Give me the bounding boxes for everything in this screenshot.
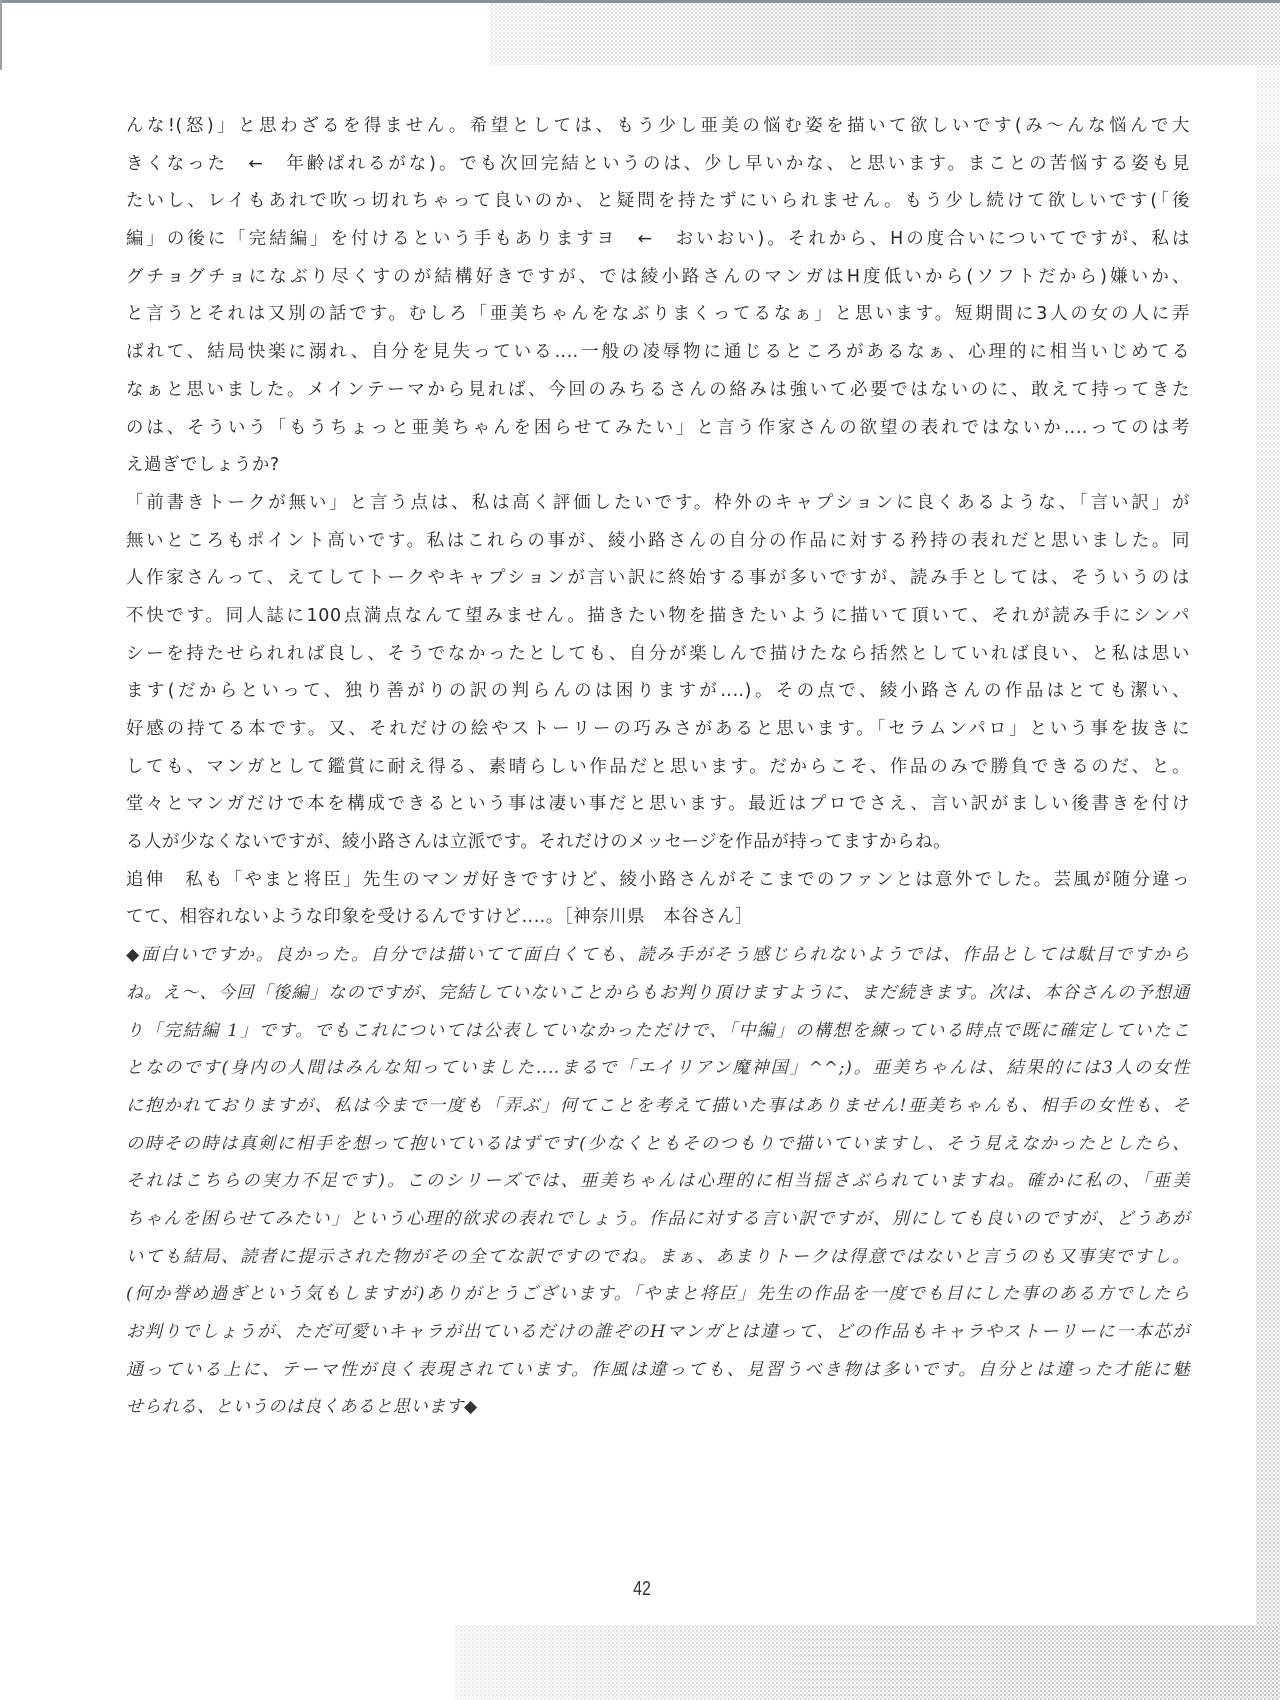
letter-line: 好感の持てる本です。又、それだけの絵やストーリーの巧みさがあると思います。「セラ… bbox=[126, 711, 1190, 749]
reply-line: せられる、というのは良くあると思います◆ bbox=[126, 1389, 1190, 1427]
letter-line: なぁと思いました。メインテーマから見れば、今回のみちるさんの絡みは強いて必要では… bbox=[126, 372, 1190, 410]
reply-line: (何か誉め過ぎという気もしますが)ありがとうございます。「やまと将臣」先生の作品… bbox=[126, 1276, 1190, 1314]
screentone-top-decoration bbox=[490, 3, 1280, 65]
letter-line: グチョグチョになぶり尽くすのが結構好きですが、では綾小路さんのマンガはH度低いか… bbox=[126, 259, 1190, 297]
letter-line: 追伸 私も「やまと将臣」先生のマンガ好きですけど、綾小路さんがそこまでのファンと… bbox=[126, 862, 1190, 900]
letter-line: ばれて、結局快楽に溺れ、自分を見失っている‥‥一般の凌辱物に通じるところがあるな… bbox=[126, 334, 1190, 372]
letter-line: のは、そういう「もうちょっと亜美ちゃんを困らせてみたい」と言う作家さんの欲望の表… bbox=[126, 410, 1190, 448]
reply-line: ね。え～、今回「後編」なのですが、完結していないことからもお判り頂けますように、… bbox=[126, 975, 1190, 1013]
reader-letter: んな!(怒)」と思わざるを得ません。希望としては、もう少し亜美の悩む姿を描いて欲… bbox=[126, 108, 1190, 937]
letter-line: る人が少なくないですが、綾小路さんは立派です。それだけのメッセージを作品が持って… bbox=[126, 824, 1190, 862]
reply-line: の時その時は真剣に相手を想って抱いているはずです(少なくともそのつもりで描いてい… bbox=[126, 1126, 1190, 1164]
letter-line: 「前書きトークが無い」と言う点は、私は高く評価したいです。枠外のキャプションに良… bbox=[126, 485, 1190, 523]
letter-line: 不快です。同人誌に100点満点なんて望みません。描きたい物を描きたいように描いて… bbox=[126, 598, 1190, 636]
reply-line: それはこちらの実力不足です)。このシリーズでは、亜美ちゃんは心理的に相当揺さぶら… bbox=[126, 1163, 1190, 1201]
screentone-right-decoration bbox=[1256, 65, 1280, 1625]
letter-line: 編」の後に「完結編」を付けるという手もありますヨ ← おいおい)。それから、Hの… bbox=[126, 221, 1190, 259]
letter-line: しても、マンガとして鑑賞に耐え得る、素晴らしい作品だと思います。だからこそ、作品… bbox=[126, 749, 1190, 787]
letter-line: 無いところもポイント高いです。私はこれらの事が、綾小路さんの自分の作品に対する矜… bbox=[126, 523, 1190, 561]
reply-line: いても結局、読者に提示された物がその全てな訳ですのでね。まぁ、あまりトークは得意… bbox=[126, 1239, 1190, 1277]
letter-line: と言うとそれは又別の話です。むしろ「亜美ちゃんをなぶりまくってるなぁ」と思います… bbox=[126, 296, 1190, 334]
page-number: 42 bbox=[626, 1578, 658, 1601]
letter-signature-line: てて、相容れないような印象を受けるんですけど‥‥。［神奈川県 本谷さん］ bbox=[126, 899, 1190, 937]
reply-line: ◆面白いですか。良かった。自分では描いてて面白くても、読み手がそう感じられないよ… bbox=[126, 937, 1190, 975]
reply-line: となのです(身内の人間はみんな知っていました‥‥まるで「エイリアン魔神国」^^;… bbox=[126, 1050, 1190, 1088]
screentone-bottom-decoration bbox=[455, 1625, 1280, 1700]
reply-line: 通っている上に、テーマ性が良く表現されています。作風は違っても、見習うべき物は多… bbox=[126, 1352, 1190, 1390]
reply-line: に抱かれておりますが、私は今まで一度も「弄ぶ」何てことを考えて描いた事はありませ… bbox=[126, 1088, 1190, 1126]
page-left-edge bbox=[0, 0, 2, 70]
letter-line: え過ぎでしょうか? bbox=[126, 447, 1190, 485]
letter-line: きくなった ← 年齢ばれるがな)。でも次回完結というのは、少し早いかな、と思いま… bbox=[126, 146, 1190, 184]
letter-line: んな!(怒)」と思わざるを得ません。希望としては、もう少し亜美の悩む姿を描いて欲… bbox=[126, 108, 1190, 146]
letter-line: シーを持たせられれば良し、そうでなかったとしても、自分が楽しんで描けたなら括然と… bbox=[126, 636, 1190, 674]
letter-line: たいし、レイもあれで吹っ切れちゃって良いのか、と疑問を持たずにいられません。もう… bbox=[126, 183, 1190, 221]
reply-line: お判りでしょうが、ただ可愛いキャラが出ているだけの誰ぞのHマンガとは違って、どの… bbox=[126, 1314, 1190, 1352]
reply-line: り「完結編 1」です。でもこれについては公表していなかっただけで、「中編」の構想… bbox=[126, 1013, 1190, 1051]
letter-line: 堂々とマンガだけで本を構成できるという事は凄い事だと思います。最近はプロでさえ、… bbox=[126, 786, 1190, 824]
page-body: んな!(怒)」と思わざるを得ません。希望としては、もう少し亜美の悩む姿を描いて欲… bbox=[126, 108, 1190, 1427]
letter-line: ます(だからといって、独り善がりの訳の判らんのは困りますが‥‥)。その点で、綾小… bbox=[126, 673, 1190, 711]
letter-line: 人作家さんって、えてしてトークやキャプションが言い訳に終始する事が多いですが、読… bbox=[126, 560, 1190, 598]
reply-line: ちゃんを困らせてみたい」という心理的欲求の表れでしょう。作品に対する言い訳ですが… bbox=[126, 1201, 1190, 1239]
author-reply: ◆面白いですか。良かった。自分では描いてて面白くても、読み手がそう感じられないよ… bbox=[126, 937, 1190, 1427]
